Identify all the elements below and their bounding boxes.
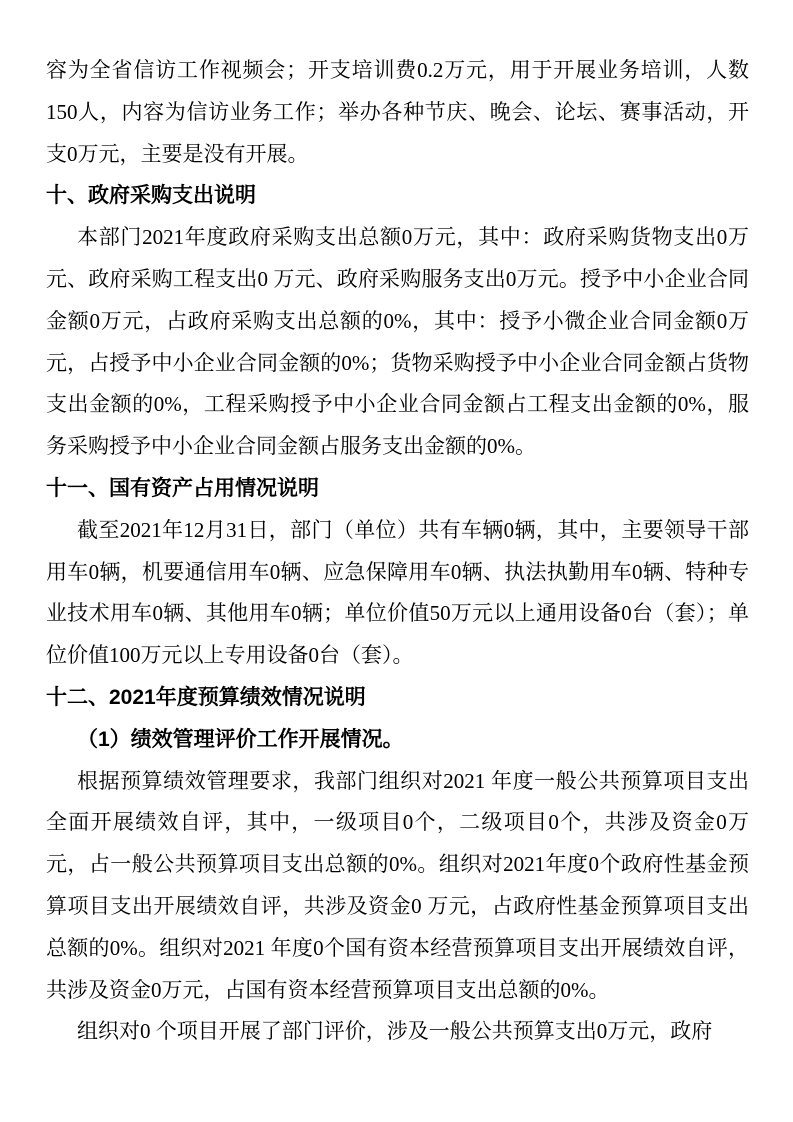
paragraph-performance-self-evaluation: 根据预算绩效管理要求，我部门组织对2021 年度一般公共预算项目支出全面开展绩效…	[46, 761, 749, 1012]
sub-heading-performance-evaluation: （1）绩效管理评价工作开展情况。	[46, 719, 749, 761]
section-heading-government-procurement: 十、政府采购支出说明	[46, 175, 749, 217]
paragraph-department-evaluation: 组织对0 个项目开展了部门评价，涉及一般公共预算支出0万元，政府	[46, 1011, 749, 1053]
section-heading-state-owned-assets: 十一、国有资产占用情况说明	[46, 468, 749, 510]
document-page: 容为全省信访工作视频会；开支培训费0.2万元，用于开展业务培训，人数150人，内…	[0, 0, 793, 1122]
section-heading-budget-performance: 十二、2021年度预算绩效情况说明	[46, 677, 749, 719]
paragraph-training-expense-continuation: 容为全省信访工作视频会；开支培训费0.2万元，用于开展业务培训，人数150人，内…	[46, 50, 749, 175]
paragraph-government-procurement: 本部门2021年度政府采购支出总额0万元，其中：政府采购货物支出0万元、政府采购…	[46, 217, 749, 468]
paragraph-state-owned-assets: 截至2021年12月31日，部门（单位）共有车辆0辆，其中，主要领导干部用车0辆…	[46, 510, 749, 677]
